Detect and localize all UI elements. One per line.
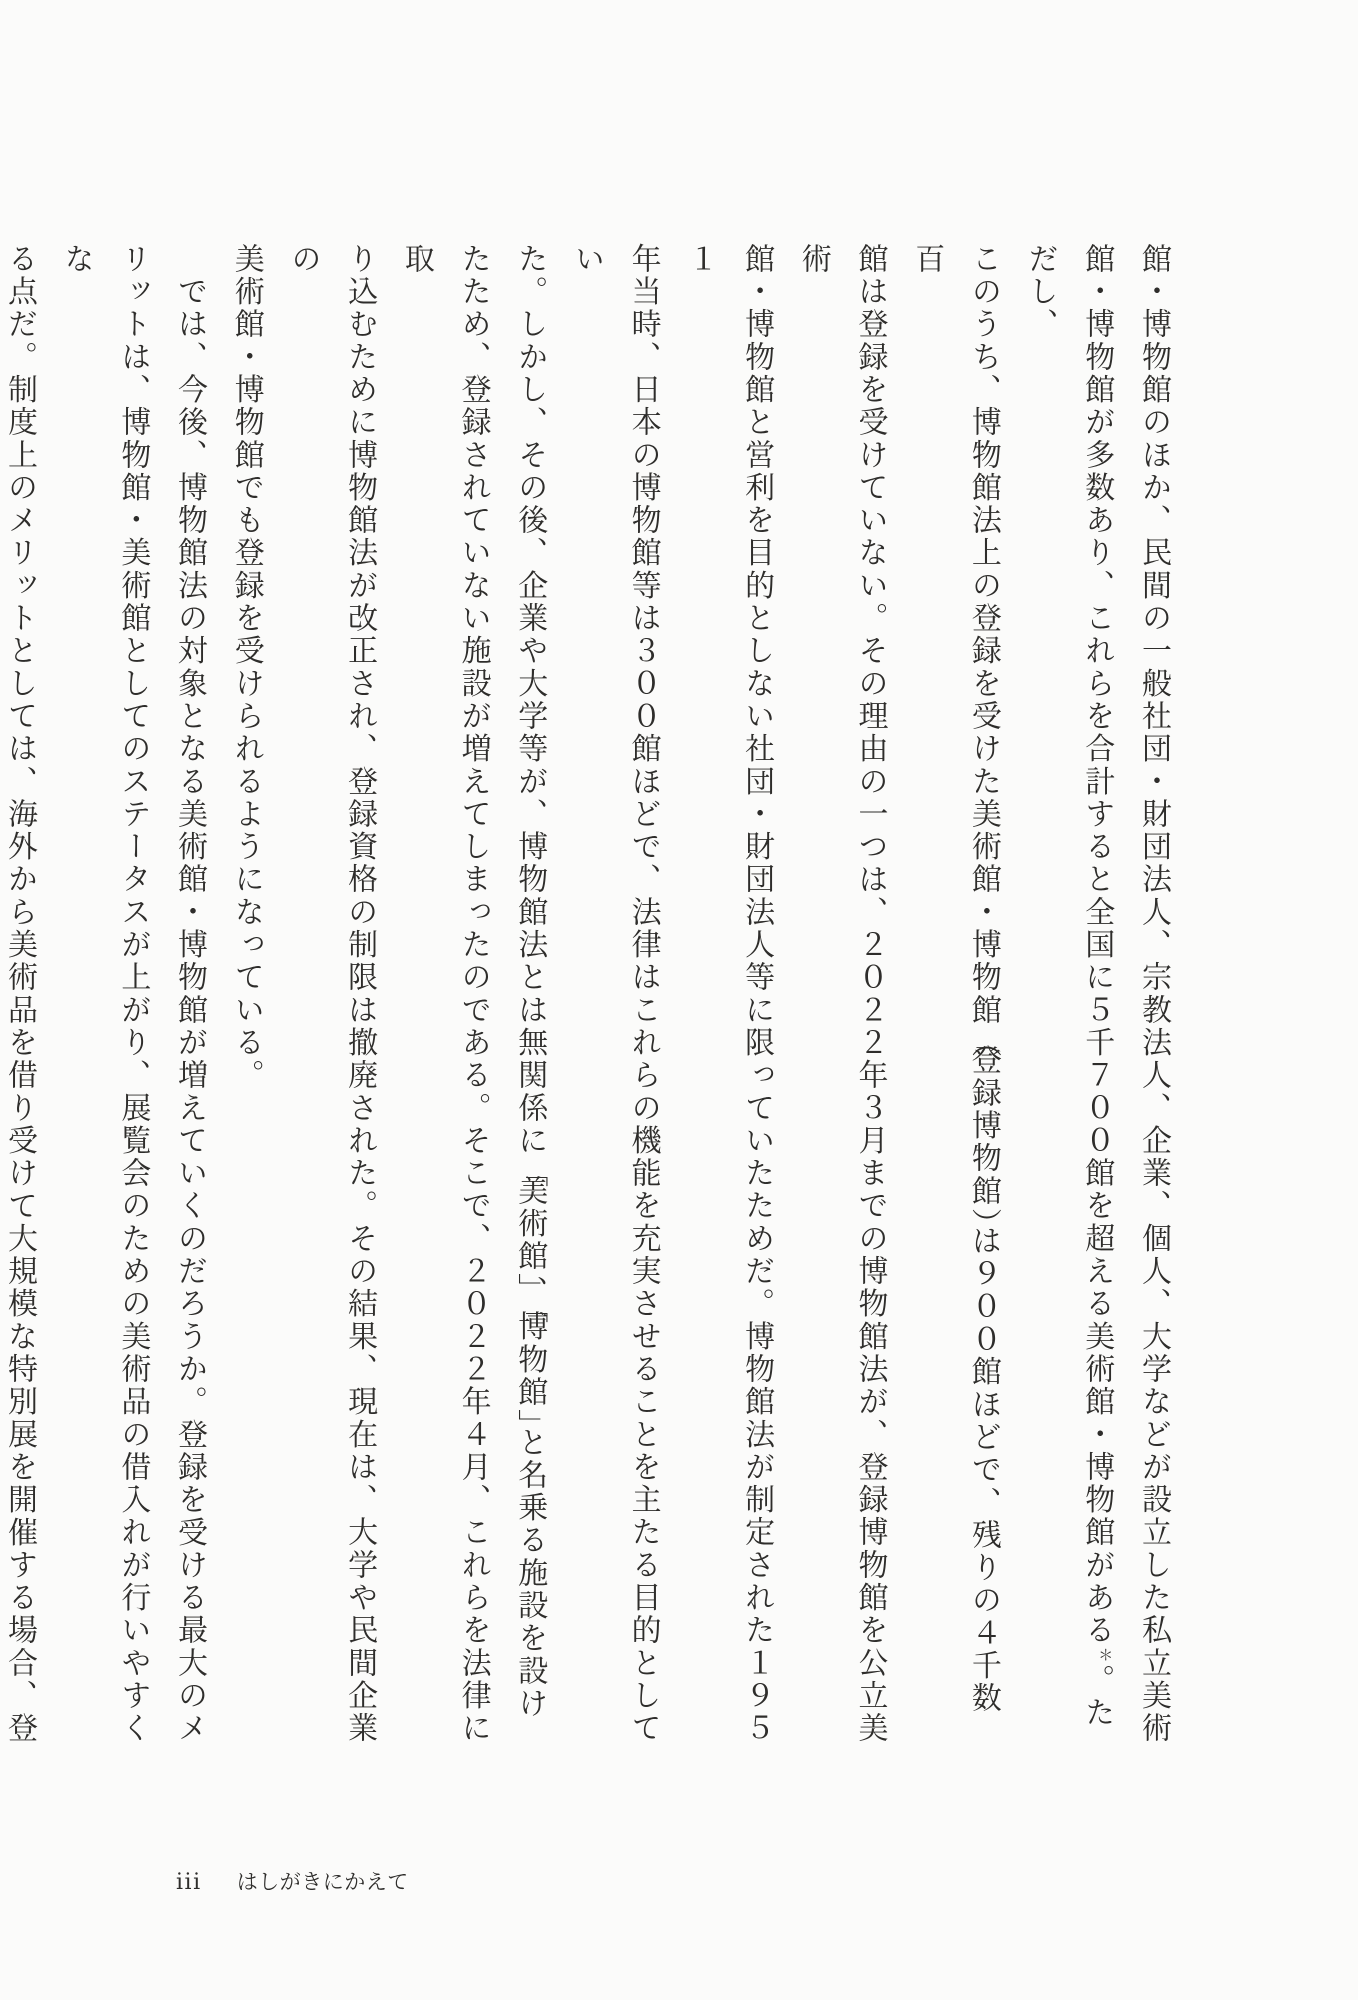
footnote-marker: ＊ — [1097, 1647, 1112, 1662]
page: 館・博物館のほか、民間の一般社団・財団法人、宗教法人、企業、個人、大学などが設立… — [0, 0, 1358, 2000]
page-number: iii — [176, 1870, 202, 1895]
text-column-11: では、今後、博物館法の対象となる美術館・博物館が増えていくのだろうか。登録を受け… — [160, 243, 217, 1745]
text-column-9: り込むために博物館法が改正され、登録資格の制限は撤廃された。その結果、現在は、大… — [274, 243, 387, 1745]
text-column-8: たため、登録されていない施設が増えてしまったのである。そこで、２０２２年４月、こ… — [387, 243, 500, 1745]
text-column-5: 館・博物館と営利を目的としない社団・財団法人等に限っていたためだ。博物館法が制定… — [671, 243, 784, 1745]
text-column-13: る点だ。制度上のメリットとしては、海外から美術品を借り受けて大規模な特別展を開催… — [0, 243, 47, 1745]
text-column-2: 館・博物館が多数あり、これらを合計すると全国に５千７００館を超える美術館・博物館… — [1011, 243, 1124, 1745]
text-column-3: このうち、博物館法上の登録を受けた美術館・博物館（登録博物館）は９００館ほどで、… — [897, 243, 1010, 1745]
text-column-7: た。しかし、その後、企業や大学等が、博物館法とは無関係に「美術館」、「博物館」と… — [501, 243, 558, 1745]
text-column-1: 館・博物館のほか、民間の一般社団・財団法人、宗教法人、企業、個人、大学などが設立… — [1124, 243, 1181, 1745]
text-column-6: 年当時、日本の博物館等は３００館ほどで、法律はこれらの機能を充実させることを主た… — [557, 243, 670, 1745]
text-column-4: 館は登録を受けていない。その理由の一つは、２０２２年３月までの博物館法が、登録博… — [784, 243, 897, 1745]
page-footer: iii はしがきにかえて — [176, 1866, 409, 1896]
body-text: 館・博物館のほか、民間の一般社団・財団法人、宗教法人、企業、個人、大学などが設立… — [0, 243, 1181, 1745]
running-title: はしがきにかえて — [237, 1870, 409, 1894]
text-column-10: 美術館・博物館でも登録を受けられるようになっている。 — [217, 243, 274, 1745]
text-column-12: リットは、博物館・美術館としてのステータスが上がり、展覧会のための美術品の借入れ… — [47, 243, 160, 1745]
